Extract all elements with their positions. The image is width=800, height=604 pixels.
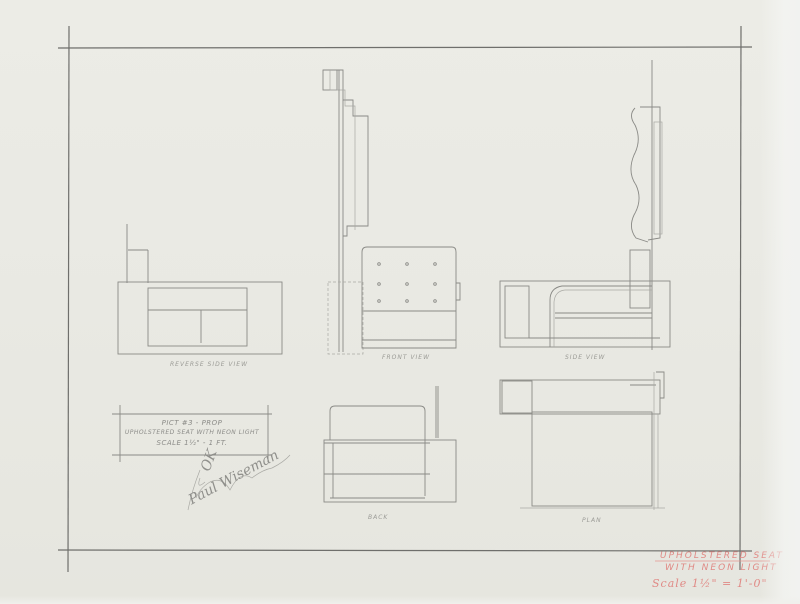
paper-edge-bottom: [0, 596, 800, 604]
technical-drawing: [0, 0, 800, 604]
side-view-drawing: [500, 60, 670, 350]
reverse-side-view-drawing: [118, 224, 282, 354]
tufting-buttons: [378, 263, 437, 303]
drawing-sheet: Reverse side view Front view Side view B…: [0, 0, 800, 604]
back-view-drawing: [324, 386, 456, 502]
note-line-1: Pict #3 - Prop: [112, 418, 272, 428]
front-view-label: Front view: [382, 354, 430, 361]
border-frame: [58, 26, 752, 572]
plan-view-drawing: [500, 372, 665, 510]
note-line-3: Scale 1½" - 1 ft.: [112, 438, 272, 448]
reverse-side-view-label: Reverse side view: [170, 361, 248, 368]
title-scale: Scale 1½" = 1'-0": [652, 577, 768, 590]
paper-edge-right: [760, 0, 800, 604]
back-view-label: Back: [368, 514, 388, 521]
front-view-drawing: [323, 70, 460, 354]
note-box: Pict #3 - Prop Upholstered seat with neo…: [112, 418, 272, 448]
side-view-label: Side view: [565, 354, 606, 361]
note-line-2: Upholstered seat with neon light: [112, 428, 272, 438]
plan-view-label: Plan: [582, 517, 602, 524]
